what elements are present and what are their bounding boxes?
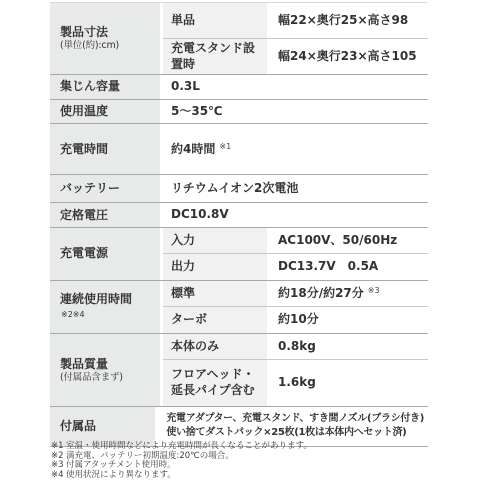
subrow-name-text: 充電スタンド設置時 xyxy=(171,41,263,72)
subrow-name: 本体のみ xyxy=(163,334,267,359)
subrow-value-text: 約18分/約27分 xyxy=(278,286,364,302)
subrow-name: 充電スタンド設置時 xyxy=(163,39,267,74)
subrow-output: 出力 DC13.7V 0.5A xyxy=(163,254,428,280)
footnote-text: 使用状況により異なります。 xyxy=(66,471,176,480)
subrow-turbo-mode: ターボ 約10分 xyxy=(163,307,428,333)
row-value: 0.3L xyxy=(163,75,428,99)
subrow-name: 単品 xyxy=(163,3,267,38)
spec-row-dimensions: 製品寸法 (単位(約):cm) 単品 幅22×奥行25×高さ98 充電スタンド設… xyxy=(50,3,428,75)
row-label-text: 連続使用時間※2※4 xyxy=(60,292,154,322)
subrow-body-only: 本体のみ 0.8kg xyxy=(163,334,428,360)
spec-row-charging-power: 充電電源 入力 AC100V、50/60Hz 出力 DC13.7V 0.5A xyxy=(50,228,428,281)
row-label: 充電時間 xyxy=(50,124,160,174)
row-label-text: 製品質量 xyxy=(60,357,108,372)
spec-row-weight: 製品質量 (付属品含まず) 本体のみ 0.8kg フロアヘッド・ 延長パイプ含む… xyxy=(50,334,428,407)
spec-row-rated-voltage: 定格電圧 DC10.8V xyxy=(50,203,428,228)
row-label: 連続使用時間※2※4 xyxy=(50,281,160,333)
accessories-line1: 充電アダプター、充電スタンド、すき間ノズル(ブラシ付き) xyxy=(166,412,424,427)
row-label-text: 付属品 xyxy=(60,419,96,434)
subrow-name-line2: 延長パイプ含む xyxy=(171,383,255,399)
row-label: 製品質量 (付属品含まず) xyxy=(50,334,160,406)
product-spec-table: 製品寸法 (単位(約):cm) 単品 幅22×奥行25×高さ98 充電スタンド設… xyxy=(50,2,428,447)
subrow-name-text: 本体のみ xyxy=(171,339,219,355)
subrow-name-text: 入力 xyxy=(171,233,195,249)
subrow-value: 約10分 xyxy=(270,307,428,333)
row-value-text: DC10.8V xyxy=(171,207,229,223)
subrow-name: フロアヘッド・ 延長パイプ含む xyxy=(163,360,267,406)
row-value-text: 0.3L xyxy=(171,79,200,95)
footnote-refs-2-4: ※2※4 xyxy=(61,310,85,319)
row-label-text: 充電電源 xyxy=(60,246,108,261)
subrow-name: 出力 xyxy=(163,254,267,280)
footnote-ref-1: ※1 xyxy=(219,142,231,152)
subrow-value-text: 幅22×奥行25×高さ98 xyxy=(278,13,408,29)
row-label-unit-note: (単位(約):cm) xyxy=(60,40,119,52)
spec-row-battery: バッテリー リチウムイオン2次電池 xyxy=(50,175,428,203)
row-label-dimensions: 製品寸法 (単位(約):cm) xyxy=(50,3,160,74)
subrow-name-line1: フロアヘッド・ xyxy=(171,367,255,383)
subrow-value: 幅22×奥行25×高さ98 xyxy=(270,3,428,38)
row-value: リチウムイオン2次電池 xyxy=(163,175,428,202)
row-label-text: 製品寸法 xyxy=(60,25,108,40)
subrow-value-text: DC13.7V 0.5A xyxy=(278,259,378,275)
spec-row-runtime: 連続使用時間※2※4 標準 約18分/約27分 ※3 ターボ 約10分 xyxy=(50,281,428,334)
spec-row-charge-time: 充電時間 約4時間 ※1 xyxy=(50,124,428,175)
row-value-text: 5〜35℃ xyxy=(171,104,223,120)
row-label: 使用温度 xyxy=(50,100,160,124)
subrow-name-text: ターボ xyxy=(171,312,207,328)
row-label: 定格電圧 xyxy=(50,203,160,227)
row-label: 充電電源 xyxy=(50,228,160,280)
subrow-name-text: 標準 xyxy=(171,286,195,302)
subrow-name: 入力 xyxy=(163,228,267,253)
row-label: 集じん容量 xyxy=(50,75,160,99)
row-label-text: 使用温度 xyxy=(60,104,108,119)
footnote-ref-3: ※3 xyxy=(368,286,380,296)
subrow-value-text: 0.8kg xyxy=(278,339,316,355)
spec-row-dust-capacity: 集じん容量 0.3L xyxy=(50,75,428,100)
subrow-value: 0.8kg xyxy=(270,334,428,359)
row-value: DC10.8V xyxy=(163,203,428,227)
subrow-value-text: AC100V、50/60Hz xyxy=(278,233,397,249)
row-value-text: リチウムイオン2次電池 xyxy=(171,181,298,197)
row-label-text: 定格電圧 xyxy=(60,208,108,223)
subrow-with-stand: 充電スタンド設置時 幅24×奥行23×高さ105 xyxy=(163,39,428,74)
footnote-4: ※4 使用状況により異なります。 xyxy=(51,471,471,480)
row-label-text: 集じん容量 xyxy=(60,79,120,94)
spec-row-operating-temp: 使用温度 5〜35℃ xyxy=(50,100,428,125)
row-label-text: バッテリー xyxy=(60,181,120,196)
footnote-mark: ※4 xyxy=(51,471,66,480)
accessories-line2: 使い捨てダストパック×25枚(1枚は本体内へセット済) xyxy=(166,426,406,441)
subrow-single-unit: 単品 幅22×奥行25×高さ98 xyxy=(163,3,428,39)
subrow-name: ターボ xyxy=(163,307,267,333)
subrow-name-text: 単品 xyxy=(171,13,195,29)
subrow-value-text: 1.6kg xyxy=(278,375,316,391)
row-value: 5〜35℃ xyxy=(163,100,428,124)
row-value: 約4時間 ※1 xyxy=(163,124,428,174)
subrow-value-text: 約10分 xyxy=(278,312,319,328)
subrow-with-head-pipe: フロアヘッド・ 延長パイプ含む 1.6kg xyxy=(163,360,428,406)
subrow-standard-mode: 標準 約18分/約27分 ※3 xyxy=(163,281,428,307)
subrow-value: DC13.7V 0.5A xyxy=(270,254,428,280)
row-label: バッテリー xyxy=(50,175,160,202)
subrow-value: AC100V、50/60Hz xyxy=(270,228,428,253)
footnotes: ※1 室温・使用時間などにより充電時間が長くなることがあります。 ※2 満充電、… xyxy=(51,442,471,480)
subrow-value: 約18分/約27分 ※3 xyxy=(270,281,428,306)
row-label-note: (付属品含まず) xyxy=(60,372,123,384)
subrow-input: 入力 AC100V、50/60Hz xyxy=(163,228,428,254)
subrow-value: 幅24×奥行23×高さ105 xyxy=(270,39,428,74)
row-value-text: 約4時間 xyxy=(171,142,215,158)
subrow-name-text: 出力 xyxy=(171,259,195,275)
subrow-value-text: 幅24×奥行23×高さ105 xyxy=(278,49,417,65)
subrow-value: 1.6kg xyxy=(270,360,428,406)
row-label-text: 充電時間 xyxy=(60,142,108,157)
subrow-name: 標準 xyxy=(163,281,267,306)
